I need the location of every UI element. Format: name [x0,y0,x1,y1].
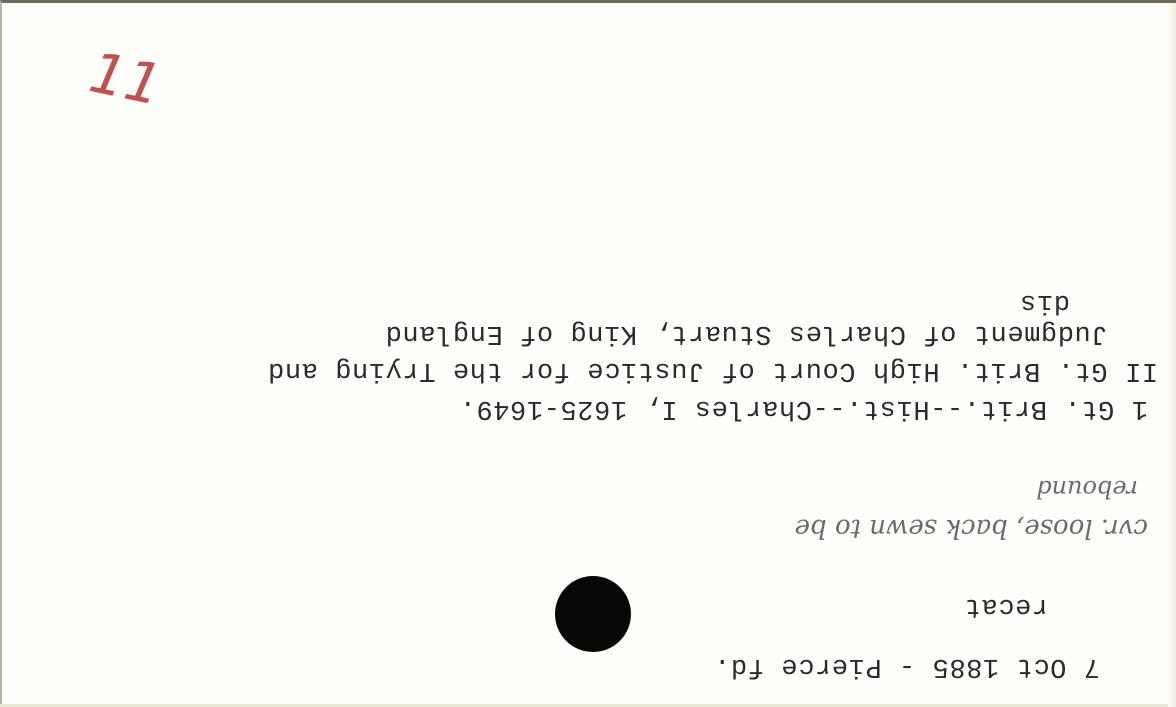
tracing-2: II Gt. Brit. High Court of Justice for t… [267,353,1158,387]
handwritten-note-line1: cvr. loose, back sewn to be [795,513,1148,543]
catalog-card: 11 7 Oct 1885 - Pierce fd. recat cvr. lo… [0,0,1176,704]
tracing-3: Judgment of Charles Stuart, King of Engl… [385,316,1158,350]
accession-line: 7 Oct 1885 - Pierce fd. [714,649,1100,683]
recat-note: recat [964,589,1048,623]
handwritten-note-line2: rebound [1036,475,1138,503]
upside-down-content: 7 Oct 1885 - Pierce fd. recat cvr. loose… [2,3,1176,704]
tracing-1: 1 Gt. Brit.--Hist.--Charles I, 1625-1649… [459,391,1148,425]
footer-note: dis [1020,285,1070,319]
